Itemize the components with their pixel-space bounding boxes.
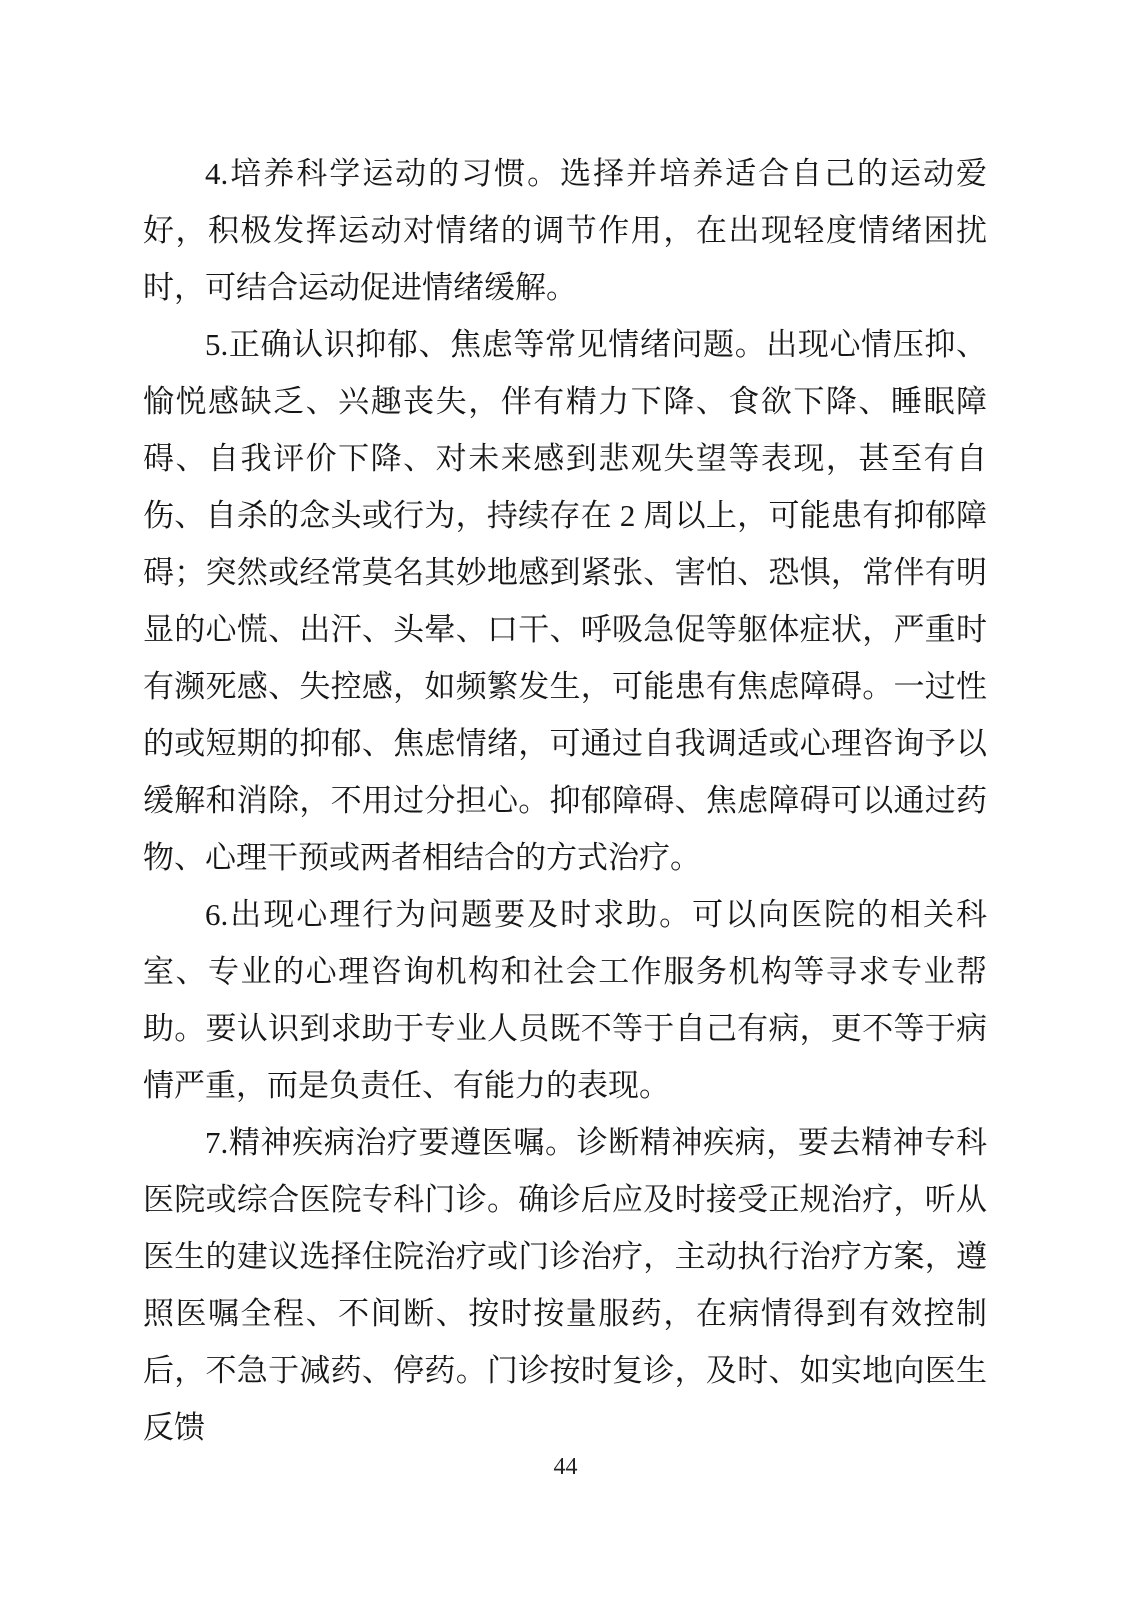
- document-body: 4.培养科学运动的习惯。选择并培养适合自己的运动爱好，积极发挥运动对情绪的调节作…: [143, 145, 987, 1456]
- page-footer: 44: [0, 1452, 1131, 1482]
- paragraph-item-6: 6.出现心理行为问题要及时求助。可以向医院的相关科室、专业的心理咨询机构和社会工…: [143, 886, 987, 1114]
- paragraph-item-4: 4.培养科学运动的习惯。选择并培养适合自己的运动爱好，积极发挥运动对情绪的调节作…: [143, 145, 987, 316]
- page-number: 44: [554, 1454, 578, 1480]
- paragraph-item-5: 5.正确认识抑郁、焦虑等常见情绪问题。出现心情压抑、愉悦感缺乏、兴趣丧失，伴有精…: [143, 316, 987, 886]
- paragraph-item-7: 7.精神疾病治疗要遵医嘱。诊断精神疾病，要去精神专科医院或综合医院专科门诊。确诊…: [143, 1114, 987, 1456]
- document-page: 4.培养科学运动的习惯。选择并培养适合自己的运动爱好，积极发挥运动对情绪的调节作…: [0, 0, 1131, 1600]
